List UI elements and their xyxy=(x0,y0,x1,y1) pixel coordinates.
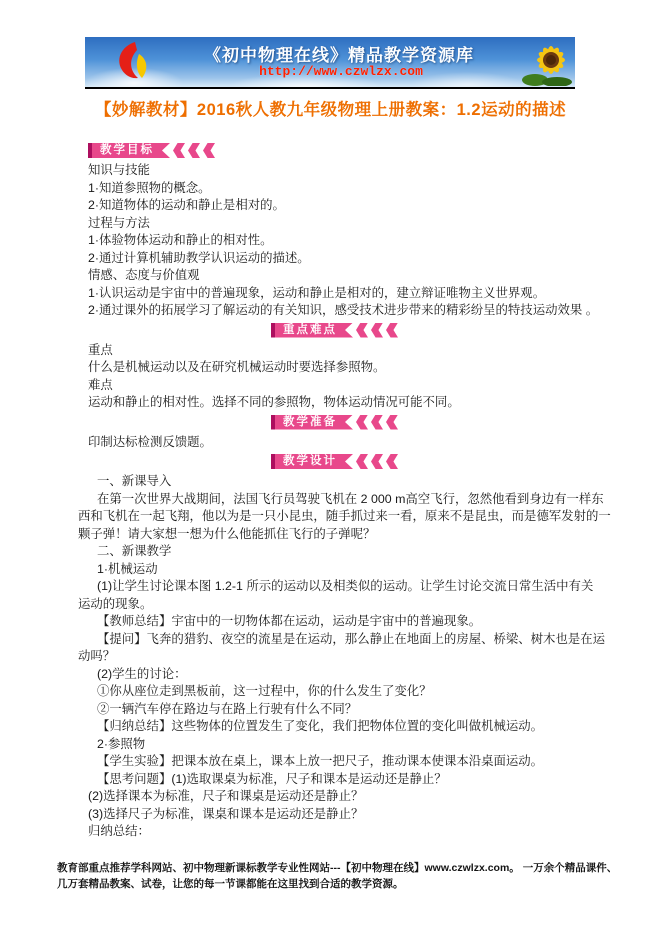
text-line: 什么是机械运动以及在研究机械运动时要选择参照物。 xyxy=(78,359,591,377)
chevron-left-icon xyxy=(173,143,185,158)
text-line: ②一辆汽车停在路边与在路上行驶有什么不同？ xyxy=(78,701,591,719)
banner-site-title: 《初中物理在线》精品教学资源库 xyxy=(189,41,489,66)
section-ribbon-label: 教学设计 xyxy=(271,454,353,469)
text-line: 归纳总结： xyxy=(78,823,591,841)
section-ribbon-label: 教学目标 xyxy=(88,143,170,158)
chevron-left-icon xyxy=(371,323,383,338)
footer-line: 教育部重点推荐学科网站、初中物理新课标教学专业性网站---【初中物理在线】www… xyxy=(57,860,613,876)
text-line: 印制达标检测反馈题。 xyxy=(78,434,591,452)
ribbon-teaching-goals: 教学目标 xyxy=(78,143,591,158)
text-line: 难点 xyxy=(78,377,591,395)
banner-site-url: http://www.czwlzx.com xyxy=(243,64,439,79)
text-line: (2)学生的讨论： xyxy=(78,666,591,684)
text-line: 【提问】飞奔的猎豹、夜空的流星是在运动，那么静止在地面上的房屋、桥梁、树木也是在… xyxy=(78,631,591,649)
text-line: 运动和静止的相对性。选择不同的参照物，物体运动情况可能不同。 xyxy=(78,394,591,412)
text-line: 【归纳总结】这些物体的位置发生了变化，我们把物体位置的变化叫做机械运动。 xyxy=(78,718,591,736)
text-line: 颗子弹！请大家想一想为什么他能抓住飞行的子弹呢？ xyxy=(78,526,591,544)
text-line: (1)让学生讨论课本图 1.2-1 所示的运动以及相类似的运动。让学生讨论交流日… xyxy=(78,578,591,596)
text-line: 动吗？ xyxy=(78,648,591,666)
banner-image: 《初中物理在线》精品教学资源库 http://www.czwlzx.com xyxy=(85,37,575,87)
chevron-left-icon xyxy=(386,323,398,338)
site-logo-icon xyxy=(111,41,155,83)
text-line: 2·通过计算机辅助教学认识运动的描述。 xyxy=(78,250,591,268)
chevron-left-icon xyxy=(371,415,383,430)
section-teaching-goals: 教学目标知识与技能1·知道参照物的概念。2·知道物体的运动和静止是相对的。过程与… xyxy=(78,143,591,320)
text-line: 运动的现象。 xyxy=(78,596,591,614)
text-line: 重点 xyxy=(78,342,591,360)
ribbon-teaching-design: 教学设计 xyxy=(78,454,591,469)
text-line: 【学生实验】把课本放在桌上，课本上放一把尺子，推动课本使课本沿桌面运动。 xyxy=(78,753,591,771)
chevron-left-icon xyxy=(356,454,368,469)
text-line: 1·机械运动 xyxy=(78,561,591,579)
text-line: 【教师总结】宇宙中的一切物体都在运动，运动是宇宙中的普遍现象。 xyxy=(78,613,591,631)
section-ribbon-label: 重点难点 xyxy=(271,323,353,338)
section-teaching-design: 教学设计一、新课导入在第一次世界大战期间，法国飞行员驾驶飞机在 2 000 m高… xyxy=(78,454,591,841)
chevron-left-icon xyxy=(188,143,200,158)
text-line: 2·参照物 xyxy=(78,736,591,754)
ribbon-key-difficult-points: 重点难点 xyxy=(78,323,591,338)
chevron-left-icon xyxy=(386,415,398,430)
text-line: 知识与技能 xyxy=(78,162,591,180)
text-line: 在第一次世界大战期间，法国飞行员驾驶飞机在 2 000 m高空飞行，忽然他看到身… xyxy=(78,491,591,509)
site-banner: 《初中物理在线》精品教学资源库 http://www.czwlzx.com xyxy=(85,37,575,89)
text-line: 1·体验物体运动和静止的相对性。 xyxy=(78,232,591,250)
footer: 教育部重点推荐学科网站、初中物理新课标教学专业性网站---【初中物理在线】www… xyxy=(57,860,613,892)
chevron-left-icon xyxy=(203,143,215,158)
chevron-left-icon xyxy=(356,323,368,338)
section-key-difficult-points: 重点难点重点什么是机械运动以及在研究机械运动时要选择参照物。难点运动和静止的相对… xyxy=(78,323,591,412)
text-line: 一、新课导入 xyxy=(78,473,591,491)
text-line: 2·通过课外的拓展学习了解运动的有关知识，感受技术进步带来的精彩纷呈的特技运动效… xyxy=(78,302,591,320)
text-line: 西和飞机在一起飞翔，他以为是一只小昆虫，随手抓过来一看，原来不是昆虫，而是德军发… xyxy=(78,508,591,526)
text-line: 2·知道物体的运动和静止是相对的。 xyxy=(78,197,591,215)
text-line: 【思考问题】(1)选取课桌为标准，尺子和课本是运动还是静止？ xyxy=(78,771,591,789)
text-line: 1·知道参照物的概念。 xyxy=(78,180,591,198)
chevron-left-icon xyxy=(386,454,398,469)
page-title: 【妙解教材】2016秋人教九年级物理上册教案：1.2运动的描述 xyxy=(0,96,661,120)
section-ribbon-label: 教学准备 xyxy=(271,415,353,430)
text-line: 1·认识运动是宇宙中的普遍现象，运动和静止是相对的，建立辩证唯物主义世界观。 xyxy=(78,285,591,303)
text-line: 二、新课教学 xyxy=(78,543,591,561)
section-teaching-preparation: 教学准备印制达标检测反馈题。 xyxy=(78,415,591,452)
text-line: (3)选择尺子为标准，课桌和课本是运动还是静止？ xyxy=(78,806,591,824)
footer-line: 几万套精品教案、试卷，让您的每一节课都能在这里找到合适的教学资源。 xyxy=(57,876,613,892)
sunflower-icon xyxy=(521,40,573,86)
content: 教学目标知识与技能1·知道参照物的概念。2·知道物体的运动和静止是相对的。过程与… xyxy=(78,143,591,841)
text-line: (2)选择课本为标准，尺子和课桌是运动还是静止？ xyxy=(78,788,591,806)
ribbon-teaching-preparation: 教学准备 xyxy=(78,415,591,430)
text-line: 过程与方法 xyxy=(78,215,591,233)
text-line: 情感、态度与价值观 xyxy=(78,267,591,285)
document-page: 《初中物理在线》精品教学资源库 http://www.czwlzx.com 【妙… xyxy=(0,0,661,936)
chevron-left-icon xyxy=(356,415,368,430)
text-line: ①你从座位走到黑板前，这一过程中，你的什么发生了变化？ xyxy=(78,683,591,701)
chevron-left-icon xyxy=(371,454,383,469)
